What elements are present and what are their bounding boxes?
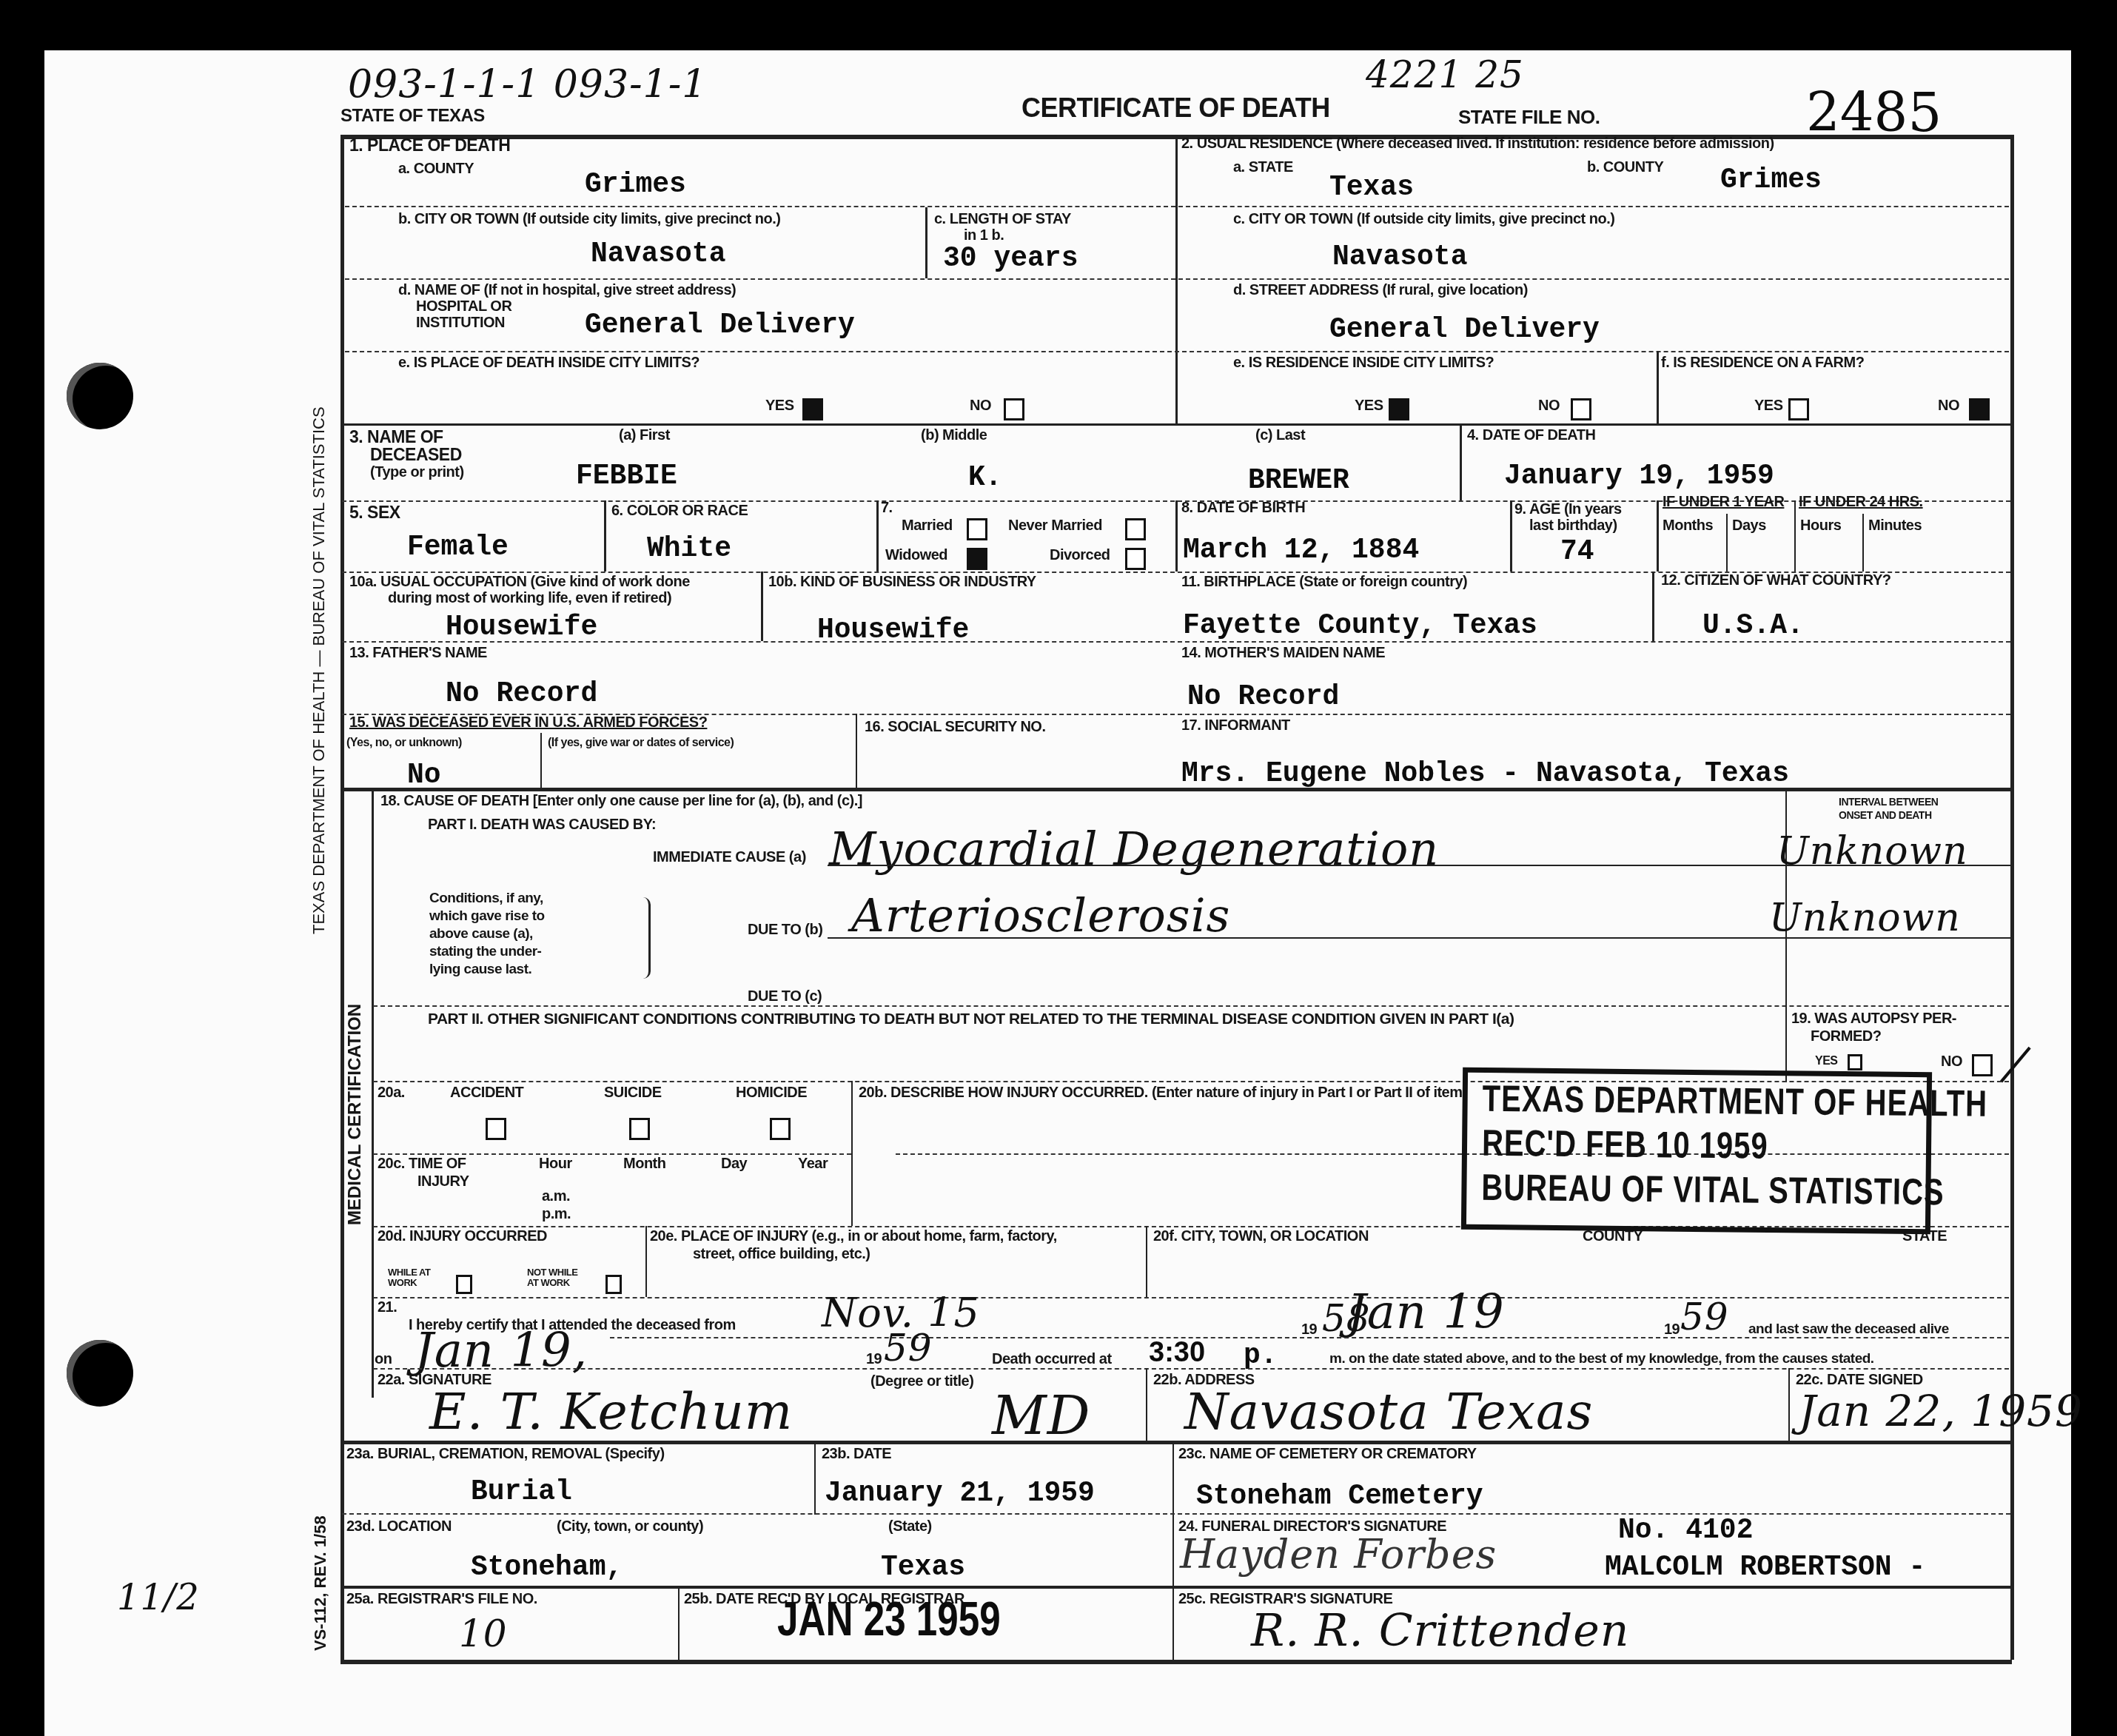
rule	[828, 937, 2010, 939]
suicide-label: SUICIDE	[604, 1085, 662, 1101]
cemetery-label: 23c. NAME OF CEMETERY OR CREMATORY	[1178, 1447, 1477, 1462]
funeral-director-name: MALCOLM ROBERTSON -	[1605, 1552, 1925, 1583]
due-to-b-label: DUE TO (b)	[748, 922, 822, 938]
handwritten-margin-note: 11/2	[117, 1577, 200, 1618]
under-24-hrs-label: IF UNDER 24 HRS.	[1799, 495, 1923, 510]
length-of-stay[interactable]: 30 years	[943, 243, 1078, 275]
middle-name[interactable]: K.	[968, 462, 1002, 494]
informant[interactable]: Mrs. Eugene Nobles - Navasota, Texas	[1181, 758, 1789, 790]
father-label: 13. FATHER'S NAME	[349, 646, 487, 661]
conditions-note: which gave rise to	[429, 909, 545, 924]
usual-residence-label: 2. USUAL RESIDENCE (Where deceased lived…	[1181, 136, 1774, 152]
farm-yes-checkbox[interactable]	[1788, 398, 1809, 420]
father-name[interactable]: No Record	[446, 678, 597, 710]
rule	[1146, 1368, 1147, 1442]
stamp-line-2: REC'D FEB 10 1959	[1482, 1123, 1768, 1167]
armed-forces-sub-2: (If yes, give war or dates of service)	[548, 737, 734, 750]
due-to-b-interval[interactable]: Unknown	[1769, 896, 1961, 940]
burial-date-label: 23b. DATE	[822, 1447, 891, 1462]
rule	[1794, 500, 1796, 572]
no-label: NO	[970, 398, 991, 414]
armed-forces-sub-1: (Yes, no, or unknown)	[346, 737, 462, 750]
under-1-year-label: IF UNDER 1 YEAR	[1663, 495, 1784, 510]
widowed-checkbox[interactable]	[967, 548, 987, 570]
last-saw-text: and last saw the deceased alive	[1748, 1322, 1949, 1337]
rule	[373, 1005, 2009, 1007]
certify-text-3: m. on the date stated above, and to the …	[1329, 1352, 1874, 1367]
year-prefix: 19	[1664, 1322, 1680, 1338]
immediate-cause-label: IMMEDIATE CAUSE (a)	[653, 850, 806, 865]
rule	[342, 423, 2010, 426]
residence-inside-limits-no-checkbox[interactable]	[1571, 398, 1591, 420]
first-name[interactable]: FEBBIE	[576, 460, 677, 492]
registrar-file-label: 25a. REGISTRAR'S FILE NO.	[346, 1592, 537, 1607]
married-checkbox[interactable]	[967, 518, 987, 540]
last-seen-date[interactable]: Jan 19,	[415, 1324, 588, 1378]
divorced-label: Divorced	[1050, 548, 1110, 563]
attended-to-year[interactable]: 59	[1680, 1296, 1729, 1338]
dob-label: 8. DATE OF BIRTH	[1181, 500, 1305, 516]
handwritten-ref: 4221 25	[1366, 53, 1524, 96]
no-label: NO	[1938, 398, 1959, 414]
yes-label: YES	[1355, 398, 1383, 414]
rule	[345, 278, 1175, 280]
rule	[1175, 500, 1178, 572]
institution-label: d. NAME OF (If not in hospital, give str…	[398, 283, 736, 298]
residence-state[interactable]: Texas	[1329, 172, 1414, 204]
marital-label: 7.	[881, 500, 893, 516]
date-of-death-label: 4. DATE OF DEATH	[1467, 428, 1595, 443]
rule	[372, 791, 374, 1398]
rule	[610, 1337, 2009, 1338]
county-label: a. COUNTY	[398, 161, 474, 177]
conditions-note: stating the under-	[429, 945, 541, 959]
funeral-director-signature[interactable]: Hayden Forbes	[1180, 1531, 1497, 1578]
pm-label: p.m.	[542, 1207, 571, 1222]
due-to-b[interactable]: Arteriosclerosis	[851, 888, 1230, 942]
residence-county-label: b. COUNTY	[1587, 160, 1663, 175]
rule	[340, 1660, 2012, 1664]
accident-checkbox[interactable]	[486, 1118, 506, 1140]
death-occurred-at-label: Death occurred at	[992, 1352, 1112, 1367]
rule	[1146, 1226, 1147, 1297]
institution[interactable]: General Delivery	[585, 309, 855, 341]
stamp-line-3: BUREAU OF VITAL STATISTICS	[1481, 1167, 1945, 1214]
rule	[345, 206, 1175, 207]
birthplace[interactable]: Fayette County, Texas	[1183, 610, 1537, 642]
certification-number: 21.	[378, 1300, 397, 1316]
rule	[761, 572, 763, 641]
time-of-injury-label-2: INJURY	[417, 1174, 469, 1190]
residence-city[interactable]: Navasota	[1332, 241, 1467, 273]
registrar-file-no[interactable]: 10	[459, 1612, 508, 1655]
rule	[373, 1368, 2009, 1370]
death-city[interactable]: Navasota	[591, 238, 725, 270]
death-time[interactable]: 3:30	[1149, 1337, 1205, 1369]
rule	[1652, 572, 1654, 641]
city-label: b. CITY OR TOWN (If outside city limits,…	[398, 212, 781, 227]
am-label: a.m.	[542, 1189, 570, 1204]
rule	[340, 135, 344, 1660]
rule	[342, 1513, 2010, 1515]
never-married-label: Never Married	[1008, 518, 1102, 534]
form-revision: VS-112, REV. 1/58	[311, 1515, 330, 1651]
divorced-checkbox[interactable]	[1125, 548, 1146, 570]
sex[interactable]: Female	[407, 532, 509, 563]
last-seen-year[interactable]: 59	[884, 1327, 933, 1370]
due-to-c-label: DUE TO (c)	[748, 989, 822, 1005]
rule	[856, 714, 857, 789]
physician-address[interactable]: Navasota Texas	[1184, 1383, 1593, 1441]
last-name[interactable]: BREWER	[1248, 465, 1349, 497]
punch-hole	[67, 363, 133, 429]
location-state-label: (State)	[888, 1519, 932, 1535]
rule	[373, 1297, 2009, 1298]
occupation-label-2: during most of working life, even if ret…	[388, 591, 671, 606]
medical-certification-margin: MEDICAL CERTIFICATION	[345, 1004, 366, 1225]
burial-date[interactable]: January 21, 1959	[825, 1478, 1095, 1509]
street-address[interactable]: General Delivery	[1329, 314, 1600, 346]
injury-type-label: 20a.	[378, 1085, 405, 1101]
length-of-stay-sublabel: in 1 b.	[964, 228, 1004, 244]
birthplace-label: 11. BIRTHPLACE (State or foreign country…	[1181, 574, 1467, 590]
immediate-cause[interactable]: Myocardial Degeneration	[829, 822, 1439, 876]
armed-forces[interactable]: No	[407, 760, 441, 791]
farm-no-checkbox[interactable]	[1969, 398, 1990, 420]
day-label: Day	[721, 1156, 747, 1172]
rule	[342, 1586, 2010, 1589]
rule	[828, 865, 2010, 866]
while-at-work-label: WHILE AT WORK	[388, 1267, 432, 1287]
residence-inside-limits-label: e. IS RESIDENCE INSIDE CITY LIMITS?	[1233, 355, 1494, 371]
death-ampm[interactable]: p.	[1244, 1340, 1278, 1372]
rule	[1172, 1441, 1174, 1660]
married-label: Married	[902, 518, 953, 534]
autopsy-yes-checkbox[interactable]	[1848, 1054, 1862, 1070]
rule	[345, 351, 2009, 352]
handwritten-codes: 093-1-1-1 093-1-1	[348, 62, 707, 107]
autopsy-label: 19. WAS AUTOPSY PER-	[1791, 1011, 1956, 1027]
autopsy-label-2: FORMED?	[1811, 1029, 1881, 1045]
rule	[1726, 514, 1728, 572]
year-prefix: 19	[1301, 1322, 1317, 1338]
mother-label: 14. MOTHER'S MAIDEN NAME	[1181, 646, 1385, 661]
last-name-label: (c) Last	[1255, 428, 1305, 443]
rule	[1862, 514, 1864, 572]
cemetery[interactable]: Stoneham Cemetery	[1196, 1481, 1483, 1512]
rule	[851, 1081, 853, 1226]
street-address-label: d. STREET ADDRESS (If rural, give locati…	[1233, 283, 1528, 298]
residence-inside-limits-yes-checkbox[interactable]	[1389, 398, 1409, 420]
rule	[876, 500, 879, 572]
document-title: CERTIFICATE OF DEATH	[1021, 94, 1330, 122]
rule	[604, 500, 606, 572]
place-of-injury-label-2: street, office building, etc.)	[693, 1247, 870, 1262]
yes-label: YES	[1754, 398, 1783, 414]
immediate-cause-interval[interactable]: Unknown	[1777, 829, 1968, 874]
inside-limits-label: e. IS PLACE OF DEATH INSIDE CITY LIMITS?	[398, 355, 699, 371]
homicide-label: HOMICIDE	[736, 1085, 807, 1101]
received-stamp: TEXAS DEPARTMENT OF HEALTH REC'D FEB 10 …	[1461, 1068, 1932, 1235]
rule	[1178, 206, 2009, 207]
first-name-label: (a) First	[619, 428, 670, 443]
widowed-label: Widowed	[885, 548, 947, 563]
rule	[814, 1441, 816, 1515]
rule	[1657, 500, 1659, 572]
armed-forces-label: 15. WAS DECEASED EVER IN U.S. ARMED FORC…	[349, 715, 707, 731]
not-while-at-work-checkbox[interactable]	[605, 1275, 622, 1294]
occupation-label: 10a. USUAL OCCUPATION (Give kind of work…	[349, 574, 690, 590]
hour-label: Hour	[539, 1156, 572, 1172]
location-label: 23d. LOCATION	[346, 1519, 452, 1535]
residence-state-label: a. STATE	[1233, 160, 1293, 175]
degree-label: (Degree or title)	[870, 1374, 973, 1390]
days-label: Days	[1732, 518, 1766, 534]
mother-maiden-name[interactable]: No Record	[1187, 681, 1339, 713]
conditions-note: Conditions, if any,	[429, 891, 543, 906]
while-at-work-checkbox[interactable]	[456, 1275, 472, 1294]
rule	[540, 733, 542, 789]
funeral-license-no: No. 4102	[1618, 1515, 1753, 1546]
injury-city-label: 20f. CITY, TOWN, OR LOCATION	[1153, 1229, 1369, 1244]
farm-label: f. IS RESIDENCE ON A FARM?	[1661, 355, 1864, 371]
citizen-country[interactable]: U.S.A.	[1702, 610, 1804, 642]
citizen-label: 12. CITIZEN OF WHAT COUNTRY?	[1661, 573, 1890, 589]
length-of-stay-label: c. LENGTH OF STAY	[934, 212, 1071, 227]
ssn-label: 16. SOCIAL SECURITY NO.	[865, 720, 1046, 735]
date-signed[interactable]: Jan 22, 1959	[1799, 1386, 2083, 1436]
homicide-checkbox[interactable]	[770, 1118, 791, 1140]
part2-label: PART II. OTHER SIGNIFICANT CONDITIONS CO…	[428, 1011, 1514, 1028]
rule	[1460, 425, 1462, 502]
part1-label: PART I. DEATH WAS CAUSED BY:	[428, 817, 656, 833]
describe-injury-label: 20b. DESCRIBE HOW INJURY OCCURRED. (Ente…	[859, 1085, 1466, 1101]
name-label-2: DECEASED	[370, 446, 462, 463]
year-label: Year	[798, 1156, 828, 1172]
state-file-label: STATE FILE NO.	[1458, 107, 1600, 127]
rule	[1510, 500, 1512, 572]
disposition[interactable]: Burial	[471, 1476, 572, 1508]
rule	[645, 1226, 647, 1297]
location-city[interactable]: Stoneham,	[471, 1552, 623, 1583]
interval-label: INTERVAL BETWEEN	[1839, 797, 1938, 808]
race-label: 6. COLOR OR RACE	[611, 503, 748, 519]
yes-label: YES	[765, 398, 794, 414]
death-inside-limits-yes-checkbox[interactable]	[802, 398, 823, 420]
attended-to[interactable]: Jan 19	[1347, 1285, 1505, 1340]
injury-county-label: COUNTY	[1583, 1229, 1643, 1244]
location-state[interactable]: Texas	[881, 1552, 965, 1583]
on-label: on	[375, 1352, 392, 1367]
rule	[1657, 351, 1659, 425]
age-label: 9. AGE (In years	[1514, 502, 1622, 517]
rule	[925, 207, 927, 278]
age[interactable]: 74	[1560, 536, 1594, 568]
residence-county[interactable]: Grimes	[1720, 164, 1822, 196]
disposition-label: 23a. BURIAL, CREMATION, REMOVAL (Specify…	[346, 1447, 665, 1462]
conditions-note: lying cause last.	[429, 962, 531, 977]
accident-label: ACCIDENT	[450, 1085, 523, 1101]
month-label: Month	[623, 1156, 665, 1172]
stamp-line-1: TEXAS DEPARTMENT OF HEALTH	[1482, 1079, 1987, 1125]
middle-name-label: (b) Middle	[921, 428, 987, 443]
rule	[342, 641, 2010, 643]
months-label: Months	[1663, 518, 1713, 534]
date-of-death[interactable]: January 19, 1959	[1504, 460, 1774, 492]
place-of-injury-label: 20e. PLACE OF INJURY (e.g., in or about …	[650, 1229, 1057, 1244]
rule	[342, 788, 2010, 791]
degree[interactable]: MD	[992, 1384, 1090, 1447]
minutes-label: Minutes	[1868, 518, 1922, 534]
death-county[interactable]: Grimes	[585, 169, 686, 201]
autopsy-no-label: NO	[1941, 1054, 1962, 1070]
hours-label: Hours	[1800, 518, 1841, 534]
rule	[678, 1586, 680, 1660]
name-label-3: (Type or print)	[370, 465, 464, 480]
year-prefix: 19	[866, 1352, 882, 1367]
institution-label-3: INSTITUTION	[416, 315, 505, 331]
location-city-label: (City, town, or county)	[557, 1519, 703, 1535]
registrar-signature[interactable]: R. R. Crittenden	[1251, 1605, 1629, 1657]
no-label: NO	[1538, 398, 1560, 414]
name-label: 3. NAME OF	[349, 428, 443, 446]
residence-city-label: c. CITY OR TOWN (If outside city limits,…	[1233, 212, 1614, 227]
department-margin-text: TEXAS DEPARTMENT OF HEALTH — BUREAU OF V…	[309, 406, 329, 934]
rule	[1175, 135, 1178, 423]
rule	[373, 1153, 851, 1155]
injury-occurred-label: 20d. INJURY OCCURRED	[378, 1229, 547, 1244]
cause-label: 18. CAUSE OF DEATH [Enter only one cause…	[380, 794, 862, 809]
state-of-texas: STATE OF TEXAS	[340, 107, 485, 125]
brace	[641, 897, 651, 979]
rule	[342, 1441, 2010, 1444]
institution-label-2: HOSPITAL OR	[416, 299, 511, 315]
conditions-note: above cause (a),	[429, 927, 533, 942]
time-of-injury-label: 20c. TIME OF	[378, 1156, 466, 1172]
industry-label: 10b. KIND OF BUSINESS OR INDUSTRY	[768, 574, 1036, 590]
interval-label-2: ONSET AND DEATH	[1839, 810, 1932, 821]
never-married-checkbox[interactable]	[1125, 518, 1146, 540]
not-while-at-work-label: NOT WHILE AT WORK	[527, 1267, 579, 1287]
rule	[1788, 1368, 1790, 1442]
rule	[1178, 278, 2009, 280]
age-label-2: last birthday)	[1529, 518, 1617, 534]
informant-label: 17. INFORMANT	[1181, 718, 1290, 734]
death-inside-limits-no-checkbox[interactable]	[1004, 398, 1024, 420]
suicide-checkbox[interactable]	[629, 1118, 650, 1140]
race[interactable]: White	[647, 533, 731, 565]
sex-label: 5. SEX	[349, 503, 400, 521]
usual-occupation[interactable]: Housewife	[446, 611, 597, 643]
place-of-death-label: 1. PLACE OF DEATH	[349, 136, 510, 154]
date-of-birth[interactable]: March 12, 1884	[1183, 534, 1419, 566]
punch-hole	[67, 1340, 133, 1407]
physician-signature[interactable]: E. T. Ketchum	[429, 1383, 793, 1441]
date-received-stamp: JAN 23 1959	[777, 1592, 1001, 1646]
autopsy-yes-label: YES	[1815, 1056, 1838, 1068]
